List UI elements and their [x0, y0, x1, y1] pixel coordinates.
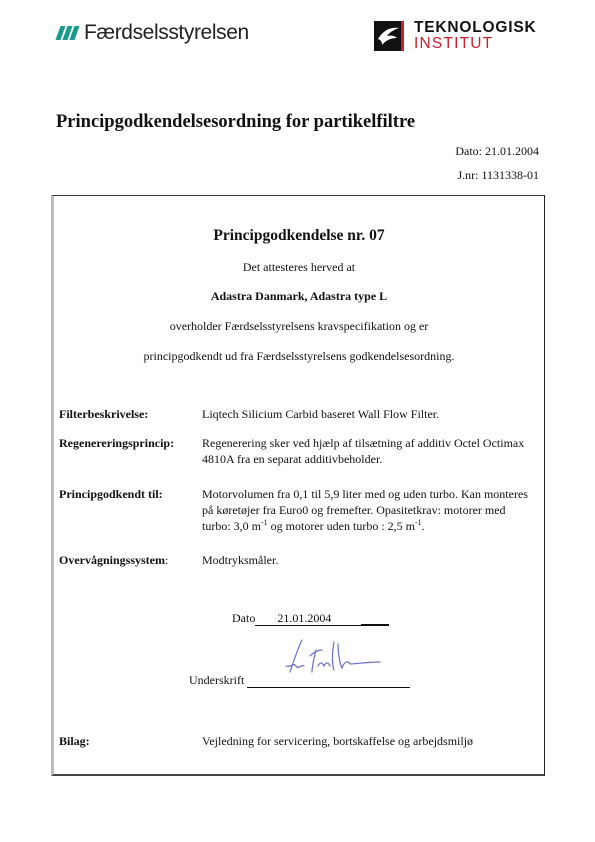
institut-text: INSTITUT [414, 36, 536, 52]
field-approved-for: Principgodkendt til: Motorvolumen fra 0,… [59, 486, 534, 534]
field-value: Motorvolumen fra 0,1 til 5,9 liter med o… [202, 486, 534, 534]
product-name: Adastra Danmark, Adastra type L [54, 289, 544, 304]
journal-number: J.nr: 1131338-01 [457, 168, 539, 183]
signature-field: Underskrift [189, 673, 410, 688]
document-title: Principgodkendelsesordning for partikelf… [56, 112, 415, 133]
field-monitoring-system: Overvågningssystem: Modtryksmåler. [59, 552, 534, 568]
field-label: Principgodkendt til: [59, 486, 202, 534]
signature-line [247, 675, 410, 688]
statement-line-2: principgodkendt ud fra Færdselsstyrelsen… [54, 349, 544, 364]
faerdselsstyrelsen-logo: Færdselsstyrelsen [56, 20, 249, 46]
teknologisk-text: TEKNOLOGISK [414, 20, 536, 36]
certificate-heading: Principgodkendelse nr. 07 [54, 227, 544, 245]
field-regeneration-principle: Regenereringsprincip: Regenerering sker … [59, 435, 534, 467]
field-filter-description: Filterbeskrivelse: Liqtech Silicium Carb… [59, 406, 534, 422]
field-value: Modtryksmåler. [202, 552, 534, 568]
field-label: Regenereringsprincip: [59, 435, 202, 467]
date-field-value: 21.01.2004 [255, 612, 363, 626]
bird-logo-icon [374, 21, 404, 51]
date-field: Dato21.01.2004 [232, 611, 389, 626]
statement-line-1: overholder Færdselsstyrelsens kravspecif… [54, 319, 544, 334]
field-label: Bilag: [59, 733, 202, 749]
field-attachment: Bilag: Vejledning for servicering, borts… [59, 733, 534, 749]
document-date: Dato: 21.01.2004 [455, 144, 539, 159]
faerdselsstyrelsen-name: Færdselsstyrelsen [84, 21, 249, 45]
certificate-box: Principgodkendelse nr. 07 Det attesteres… [51, 195, 545, 776]
signature-field-label: Underskrift [189, 673, 244, 687]
field-value: Liqtech Silicium Carbid baseret Wall Flo… [202, 406, 534, 422]
field-label: Filterbeskrivelse: [59, 406, 202, 422]
field-label: Overvågningssystem: [59, 552, 202, 568]
field-value: Vejledning for servicering, bortskaffels… [202, 733, 534, 749]
field-value: Regenerering sker ved hjælp af tilsætnin… [202, 435, 534, 467]
stripes-logo-icon [56, 26, 78, 40]
teknologisk-institut-logo: TEKNOLOGISK INSTITUT [374, 20, 536, 52]
intro-text: Det attesteres herved at [54, 260, 544, 275]
date-field-label: Dato [232, 611, 255, 625]
